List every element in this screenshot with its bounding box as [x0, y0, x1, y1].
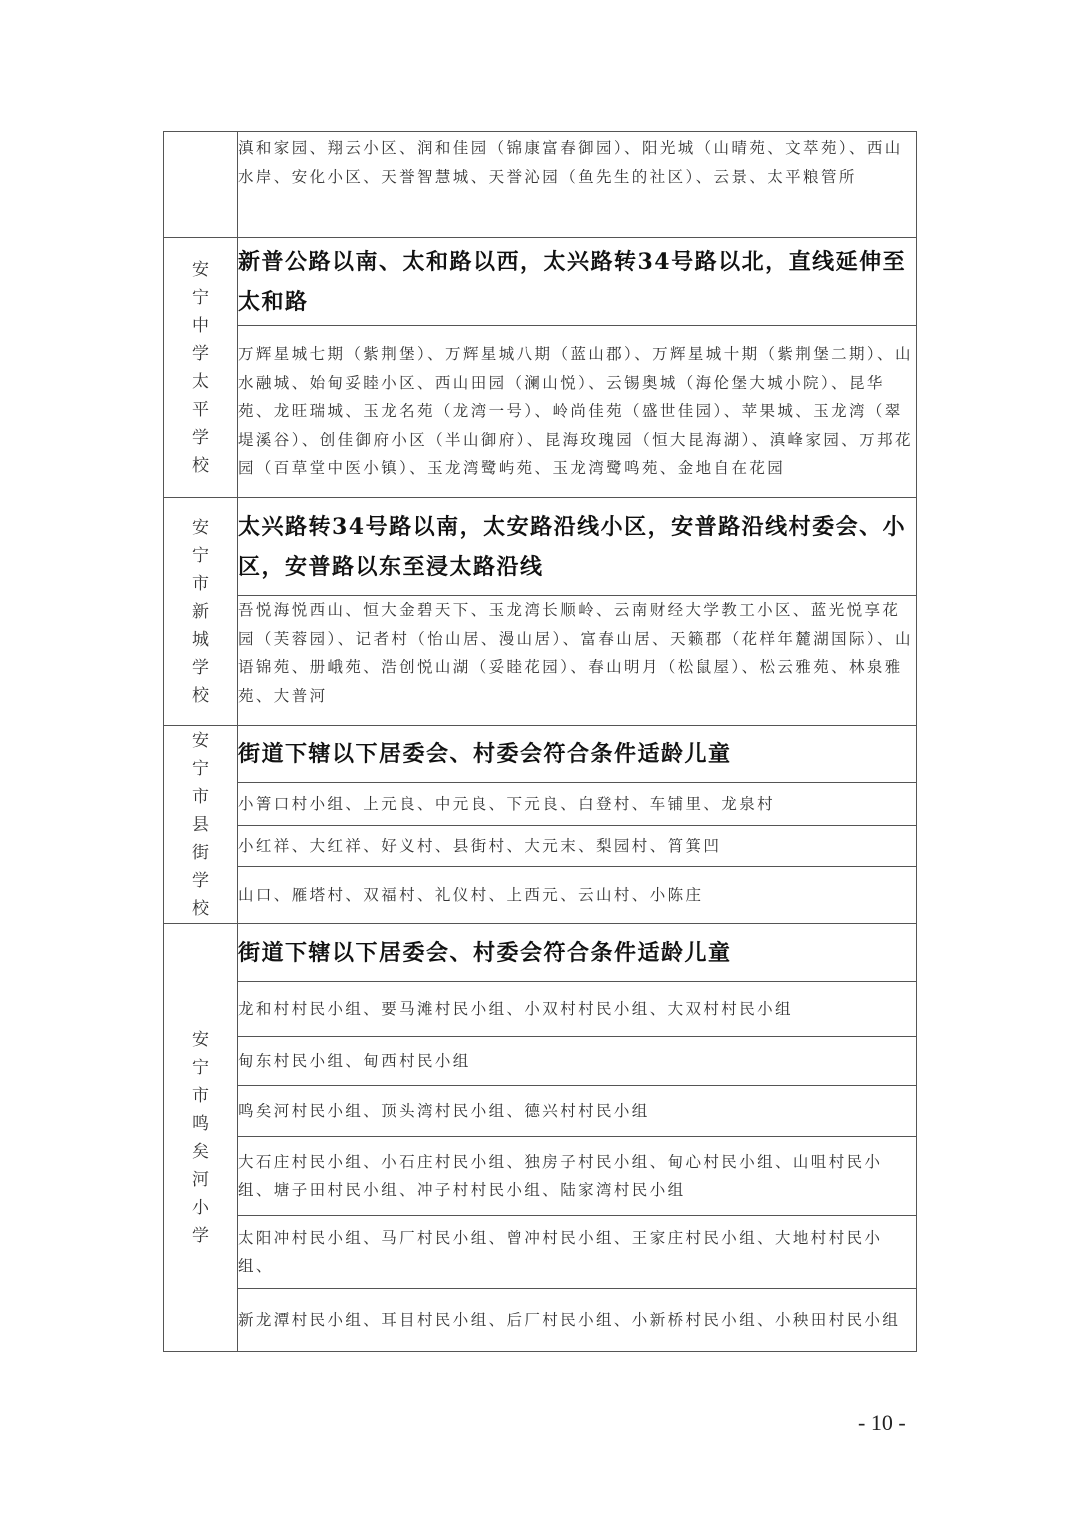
school-cell: 安宁市鸣矣河小学 [164, 924, 238, 1352]
table-row: 龙和村村民小组、要马滩村民小组、小双村村民小组、大双村村民小组 [164, 982, 917, 1037]
table-row: 太阳冲村民小组、马厂村民小组、曾冲村民小组、王家庄村民小组、大地村村民小组、 [164, 1216, 917, 1289]
table-row: 滇和家园、翔云小区、润和佳园（锦康富春御园）、阳光城（山晴苑、文萃苑）、西山水岸… [164, 132, 917, 238]
community-list: 滇和家园、翔云小区、润和佳园（锦康富春御园）、阳光城（山晴苑、文萃苑）、西山水岸… [238, 132, 917, 238]
school-name: 安宁市新城学校 [191, 514, 211, 710]
table-row: 安宁中学太平学校 新普公路以南、太和路以西，太兴路转34号路以北，直线延伸至太和… [164, 238, 917, 326]
community-list: 鸣矣河村民小组、顶头湾村民小组、德兴村村民小组 [238, 1086, 917, 1137]
area-description: 太兴路转34号路以南，太安路沿线小区，安普路沿线村委会、小区，安普路以东至浸太路… [238, 498, 917, 596]
community-list: 甸东村民小组、甸西村民小组 [238, 1037, 917, 1086]
table-row: 山口、雁塔村、双福村、礼仪村、上西元、云山村、小陈庄 [164, 867, 917, 924]
community-list: 万辉星城七期（紫荆堡）、万辉星城八期（蓝山郡）、万辉星城十期（紫荆堡二期）、山水… [238, 326, 917, 498]
school-cell-empty [164, 132, 238, 238]
school-cell: 安宁市新城学校 [164, 498, 238, 726]
table-row: 小箐口村小组、上元良、中元良、下元良、白登村、车铺里、龙泉村 [164, 783, 917, 826]
table-row: 甸东村民小组、甸西村民小组 [164, 1037, 917, 1086]
community-list: 太阳冲村民小组、马厂村民小组、曾冲村民小组、王家庄村民小组、大地村村民小组、 [238, 1216, 917, 1289]
community-list: 小红祥、大红祥、好义村、县街村、大元末、梨园村、筲箕凹 [238, 826, 917, 867]
table-row: 安宁市新城学校 太兴路转34号路以南，太安路沿线小区，安普路沿线村委会、小区，安… [164, 498, 917, 596]
community-list: 山口、雁塔村、双福村、礼仪村、上西元、云山村、小陈庄 [238, 867, 917, 924]
table-row: 小红祥、大红祥、好义村、县街村、大元末、梨园村、筲箕凹 [164, 826, 917, 867]
table-row: 安宁市县街学校 街道下辖以下居委会、村委会符合条件适龄儿童 [164, 726, 917, 783]
table-row: 大石庄村民小组、小石庄村民小组、独房子村民小组、甸心村民小组、山咀村民小组、塘子… [164, 1137, 917, 1216]
community-list: 吾悦海悦西山、恒大金碧天下、玉龙湾长顺岭、云南财经大学教工小区、蓝光悦享花园（芙… [238, 596, 917, 726]
community-list: 大石庄村民小组、小石庄村民小组、独房子村民小组、甸心村民小组、山咀村民小组、塘子… [238, 1137, 917, 1216]
school-name: 安宁市县街学校 [191, 727, 211, 923]
area-description: 街道下辖以下居委会、村委会符合条件适龄儿童 [238, 726, 917, 783]
area-description: 街道下辖以下居委会、村委会符合条件适龄儿童 [238, 924, 917, 982]
table-row: 吾悦海悦西山、恒大金碧天下、玉龙湾长顺岭、云南财经大学教工小区、蓝光悦享花园（芙… [164, 596, 917, 726]
table-row: 鸣矣河村民小组、顶头湾村民小组、德兴村村民小组 [164, 1086, 917, 1137]
table-row: 安宁市鸣矣河小学 街道下辖以下居委会、村委会符合条件适龄儿童 [164, 924, 917, 982]
enrollment-zone-table: 滇和家园、翔云小区、润和佳园（锦康富春御园）、阳光城（山晴苑、文萃苑）、西山水岸… [163, 131, 917, 1352]
page-number: - 10 - [858, 1410, 906, 1436]
table-row: 万辉星城七期（紫荆堡）、万辉星城八期（蓝山郡）、万辉星城十期（紫荆堡二期）、山水… [164, 326, 917, 498]
school-name: 安宁中学太平学校 [191, 256, 211, 480]
community-list: 小箐口村小组、上元良、中元良、下元良、白登村、车铺里、龙泉村 [238, 783, 917, 826]
community-list: 龙和村村民小组、要马滩村民小组、小双村村民小组、大双村村民小组 [238, 982, 917, 1037]
area-description: 新普公路以南、太和路以西，太兴路转34号路以北，直线延伸至太和路 [238, 238, 917, 326]
school-cell: 安宁中学太平学校 [164, 238, 238, 498]
school-name: 安宁市鸣矣河小学 [191, 1026, 211, 1250]
school-cell: 安宁市县街学校 [164, 726, 238, 924]
table-row: 新龙潭村民小组、耳目村民小组、后厂村民小组、小新桥村民小组、小秧田村民小组 [164, 1289, 917, 1352]
community-list: 新龙潭村民小组、耳目村民小组、后厂村民小组、小新桥村民小组、小秧田村民小组 [238, 1289, 917, 1352]
